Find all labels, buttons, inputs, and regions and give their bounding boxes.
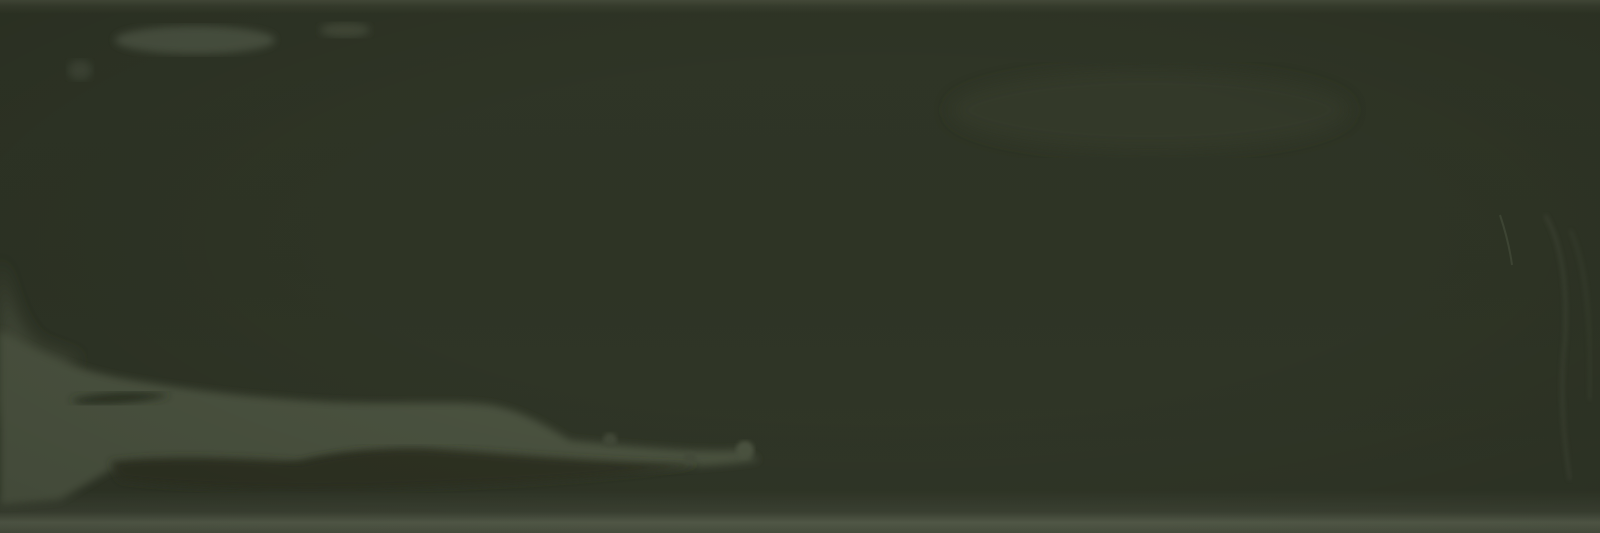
glare-blob [603, 433, 617, 447]
right-edge-streak [1500, 215, 1512, 265]
upper-right-sheen [950, 70, 1350, 150]
glare-blob [684, 452, 696, 464]
top-spot [68, 60, 92, 80]
top-highlight [115, 26, 275, 54]
tile-surface-reflections [0, 0, 1600, 533]
glare-blob [736, 441, 754, 459]
right-edge-streak [1545, 215, 1570, 480]
ceramic-tile [0, 0, 1600, 533]
right-edge-streak [1570, 230, 1590, 400]
top-highlight-small [320, 23, 370, 37]
